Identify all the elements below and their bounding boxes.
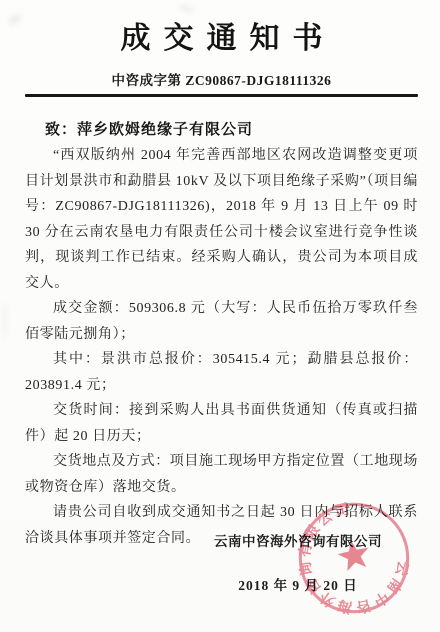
scan-artifact [7, 13, 23, 26]
scan-artifact [178, 3, 195, 13]
scanned-document-page: 成交通知书 中咨成字第 ZC90867-DJG18111326 致：萍乡欧姆绝缘… [0, 0, 440, 632]
paragraph-delivery-time: 交货时间：接到采购人出具书面供货通知（传真或扫描件）起 20 日历天； [25, 398, 418, 449]
paragraph-award-amount: 成交金额：509306.8 元（大写：人民币伍拾万零玖仟叁佰零陆元捌角）； [25, 296, 418, 347]
paragraph-project-description: “西双版纳州 2004 年完善西部地区农网改造调整变更项目计划景洪市和勐腊县 1… [25, 143, 418, 296]
paragraph-delivery-place: 交货地点及方式：项目施工现场甲方指定位置（工地现场或物资仓库）落地交货。 [25, 449, 418, 500]
scan-artifact [2, 300, 8, 340]
signature-block: 云南中咨海外咨询有限公司 2018 年 9 月 20 日 [214, 530, 382, 594]
recipient-name: 萍乡欧姆绝缘子有限公司 [77, 122, 253, 138]
paragraph-price-breakdown: 其中：景洪市总报价：305415.4 元；勐腊县总报价：203891.4 元； [25, 347, 418, 398]
document-body: “西双版纳州 2004 年完善西部地区农网改造调整变更项目计划景洪市和勐腊县 1… [25, 143, 418, 551]
recipient-label: 致： [45, 122, 77, 138]
recipient-line: 致：萍乡欧姆绝缘子有限公司 [45, 118, 418, 139]
signature-company-name: 云南中咨海外咨询有限公司 [214, 530, 382, 550]
document-title: 成交通知书 [25, 20, 418, 58]
signature-date: 2018 年 9 月 20 日 [214, 574, 382, 594]
header-divider-line [25, 94, 418, 97]
document-number: 中咨成字第 ZC90867-DJG18111326 [25, 69, 418, 89]
